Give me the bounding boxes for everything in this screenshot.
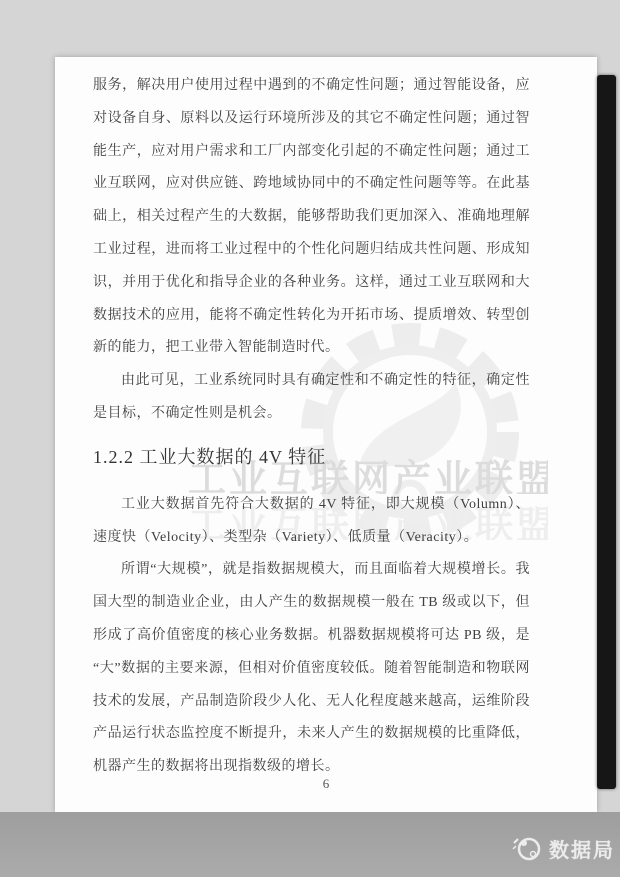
paragraph: 工业大数据首先符合大数据的 4V 特征，即大规模（Volumn）、速度快（Vel…	[93, 489, 530, 555]
sphere-logo-icon	[512, 833, 542, 863]
text-line: 由此可见，工业系统同时具有确定性和不确定性的特征，确定性	[93, 365, 530, 398]
text-line: 服务，解决用户使用过程中遇到的不确定性问题；通过智能设备，应	[93, 70, 530, 103]
section-heading: 1.2.2 工业大数据的 4V 特征	[93, 441, 530, 474]
text-line: 础上，相关过程产生的大数据，能够帮助我们更加深入、准确地理解	[93, 201, 530, 234]
brand-logo: 数据局	[512, 833, 615, 863]
text-line: 国大型的制造业企业，由人产生的数据规模一般在 TB 级或以下，但	[93, 587, 530, 620]
document-body: 服务，解决用户使用过程中遇到的不确定性问题；通过智能设备，应对设备自身、原料以及…	[93, 70, 530, 784]
brand-name: 数据局	[549, 834, 615, 863]
paragraph: 服务，解决用户使用过程中遇到的不确定性问题；通过智能设备，应对设备自身、原料以及…	[93, 70, 530, 365]
paragraph: 由此可见，工业系统同时具有确定性和不确定性的特征，确定性是目标，不确定性则是机会…	[93, 365, 530, 431]
text-line: 技术的发展，产品制造阶段少人化、无人化程度越来越高，运维阶段	[93, 686, 530, 719]
text-line: 能生产，应对用户需求和工厂内部变化引起的不确定性问题；通过工	[93, 136, 530, 169]
text-line: 速度快（Velocity）、类型杂（Variety）、低质量（Veracity）…	[93, 522, 530, 555]
page-number: 6	[55, 776, 597, 792]
document-page: 工业互联网产业联盟 工业互联网产业联盟 服务，解决用户使用过程中遇到的不确定性问…	[55, 57, 597, 812]
text-line: 识，并用于优化和指导企业的各种业务。这样，通过工业互联网和大	[93, 267, 530, 300]
text-line: 数据技术的应用，能将不确定性转化为开拓市场、提质增效、转型创	[93, 300, 530, 333]
screenshot-canvas: 工业互联网产业联盟 工业互联网产业联盟 服务，解决用户使用过程中遇到的不确定性问…	[0, 0, 620, 877]
text-line: 新的能力，把工业带入智能制造时代。	[93, 332, 530, 365]
text-line: 是目标，不确定性则是机会。	[93, 398, 530, 431]
text-line: 形成了高价值密度的核心业务数据。机器数据规模将可达 PB 级，是	[93, 620, 530, 653]
text-line: 工业大数据首先符合大数据的 4V 特征，即大规模（Volumn）、	[93, 489, 530, 522]
text-line: “大”数据的主要来源，但相对价值密度较低。随着智能制造和物联网	[93, 653, 530, 686]
text-line: 对设备自身、原料以及运行环境所涉及的其它不确定性问题；通过智	[93, 103, 530, 136]
text-line: 工业过程，进而将工业过程中的个性化问题归结成共性问题、形成知	[93, 234, 530, 267]
paragraph: 所谓“大规模”，就是指数据规模大，而且面临着大规模增长。我国大型的制造业企业，由…	[93, 554, 530, 784]
text-line: 产品运行状态监控度不断提升，未来人产生的数据规模的比重降低，	[93, 718, 530, 751]
text-line: 所谓“大规模”，就是指数据规模大，而且面临着大规模增长。我	[93, 554, 530, 587]
text-line: 业互联网，应对供应链、跨地域协同中的不确定性问题等等。在此基	[93, 168, 530, 201]
scan-edge-bar	[597, 75, 616, 789]
